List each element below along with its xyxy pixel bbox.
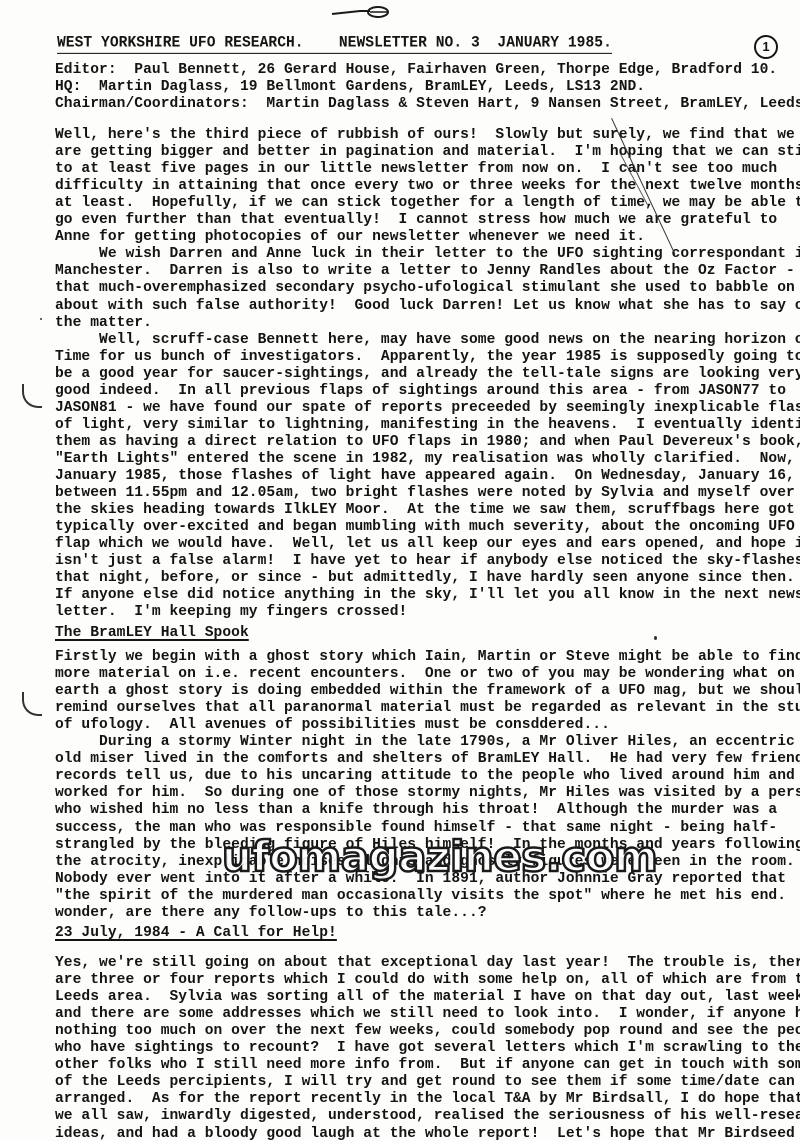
text-line: Well, here's the third piece of rubbish … [55,127,795,144]
text-line: "the spirit of the murdered man occasion… [55,888,800,905]
text-line: Well, scruff-case Bennett here, may have… [55,332,800,349]
text-line: that night, before, or since - but admit… [55,570,795,587]
text-line: are getting bigger and better in paginat… [55,144,800,161]
text-line: them as having a direct relation to UFO … [55,434,800,451]
text-line: earth a ghost story is doing embedded wi… [55,683,800,700]
text-line: If anyone else did notice anything in th… [55,587,800,604]
text-line: difficulty in attaining that once every … [55,178,800,195]
text-line: about with such false authority! Good lu… [55,298,800,315]
text-line: are three or four reports which I could … [55,972,800,989]
watermark: ufomagazines.com [222,836,657,878]
text-line: old miser lived in the comforts and shel… [55,751,800,768]
text-line: flap which we would have. Well, let us a… [55,536,800,553]
section-heading: The BramLEY Hall Spook [55,625,249,641]
text-line: to at least five pages in our little new… [55,161,777,178]
text-line: isn't just a false alarm! I have yet to … [55,553,800,570]
text-line: January 1985, those flashes of light hav… [55,468,795,485]
text-line: records tell us, due to his uncaring att… [55,768,795,785]
text-line: Firstly we begin with a ghost story whic… [55,649,800,666]
section-heading: 23 July, 1984 - A Call for Help! [55,925,337,941]
masthead-title: WEST YORKSHIRE UFO RESEARCH. NEWSLETTER … [57,35,612,54]
text-line: of ufology. All avenues of possibilities… [55,717,610,734]
text-line: typically over-excited and began mumblin… [55,519,795,536]
text-line: be a good year for saucer-sightings, and… [55,366,800,383]
text-line: During a stormy Winter night in the late… [55,734,795,751]
text-line: go even further than that eventually! I … [55,212,777,229]
text-line: worked for him. So during one of those s… [55,785,800,802]
text-line: other folks who I still need more info f… [55,1057,800,1074]
text-line: the matter. [55,315,152,332]
text-line: We wish Darren and Anne luck in their le… [55,246,800,263]
text-line: letter. I'm keeping my fingers crossed! [55,604,407,621]
text-line: Manchester. Darren is also to write a le… [55,263,795,280]
handwritten-bracket-icon [22,692,42,716]
text-line: arranged. As for the report recently in … [55,1091,800,1108]
margin-dot [654,636,657,640]
margin-dot [40,318,42,320]
text-line: nothing too much on over the next few we… [55,1023,800,1040]
text-line: we all saw, inwardly digested, understoo… [55,1108,800,1125]
text-line: ideas, and had a bloody good laugh at th… [55,1126,795,1141]
circled-number-icon: 1 [754,35,778,59]
handwritten-bracket-icon [22,384,42,408]
text-line: JASON81 - we have found our spate of rep… [55,400,800,417]
text-line: of the Leeds percipients, I will try and… [55,1074,800,1091]
text-line: "Earth Lights" entered the scene in 1982… [55,451,800,468]
text-line: of light, very similar to lightning, man… [55,417,800,434]
newsletter-page: WEST YORKSHIRE UFO RESEARCH. NEWSLETTER … [0,0,800,1141]
text-line: the skies heading towards IlkLEY Moor. A… [55,502,795,519]
text-line: that much-overemphasized secondary psych… [55,280,795,297]
contact-line: HQ: Martin Daglass, 19 Bellmont Gardens,… [55,79,645,96]
text-line: good indeed. In all previous flaps of si… [55,383,786,400]
contact-line: Editor: Paul Bennett, 26 Gerard House, F… [55,62,777,79]
text-line: Time for us bunch of investigators. Appa… [55,349,800,366]
contact-line: Chairman/Coordinators: Martin Daglass & … [55,96,800,113]
text-line: Leeds area. Sylvia was sorting all of th… [55,989,800,1006]
text-line: Anne for getting photocopies of our news… [55,229,645,246]
text-line: remind ourselves that all paranormal mat… [55,700,800,717]
text-line: more material on i.e. recent encounters.… [55,666,795,683]
text-line: Yes, we're still going on about that exc… [55,955,800,972]
pen-nib-ornament-icon [330,5,390,19]
text-line: who wished him no less than a knife thro… [55,802,777,819]
text-line: and there are some addresses which we st… [55,1006,800,1023]
text-line: at least. Hopefully, if we can stick tog… [55,195,800,212]
text-line: who have sightings to recount? I have go… [55,1040,800,1057]
text-line: wonder, are there any follow-ups to this… [55,905,487,922]
text-line: between 11.55pm and 12.05am, two bright … [55,485,795,502]
